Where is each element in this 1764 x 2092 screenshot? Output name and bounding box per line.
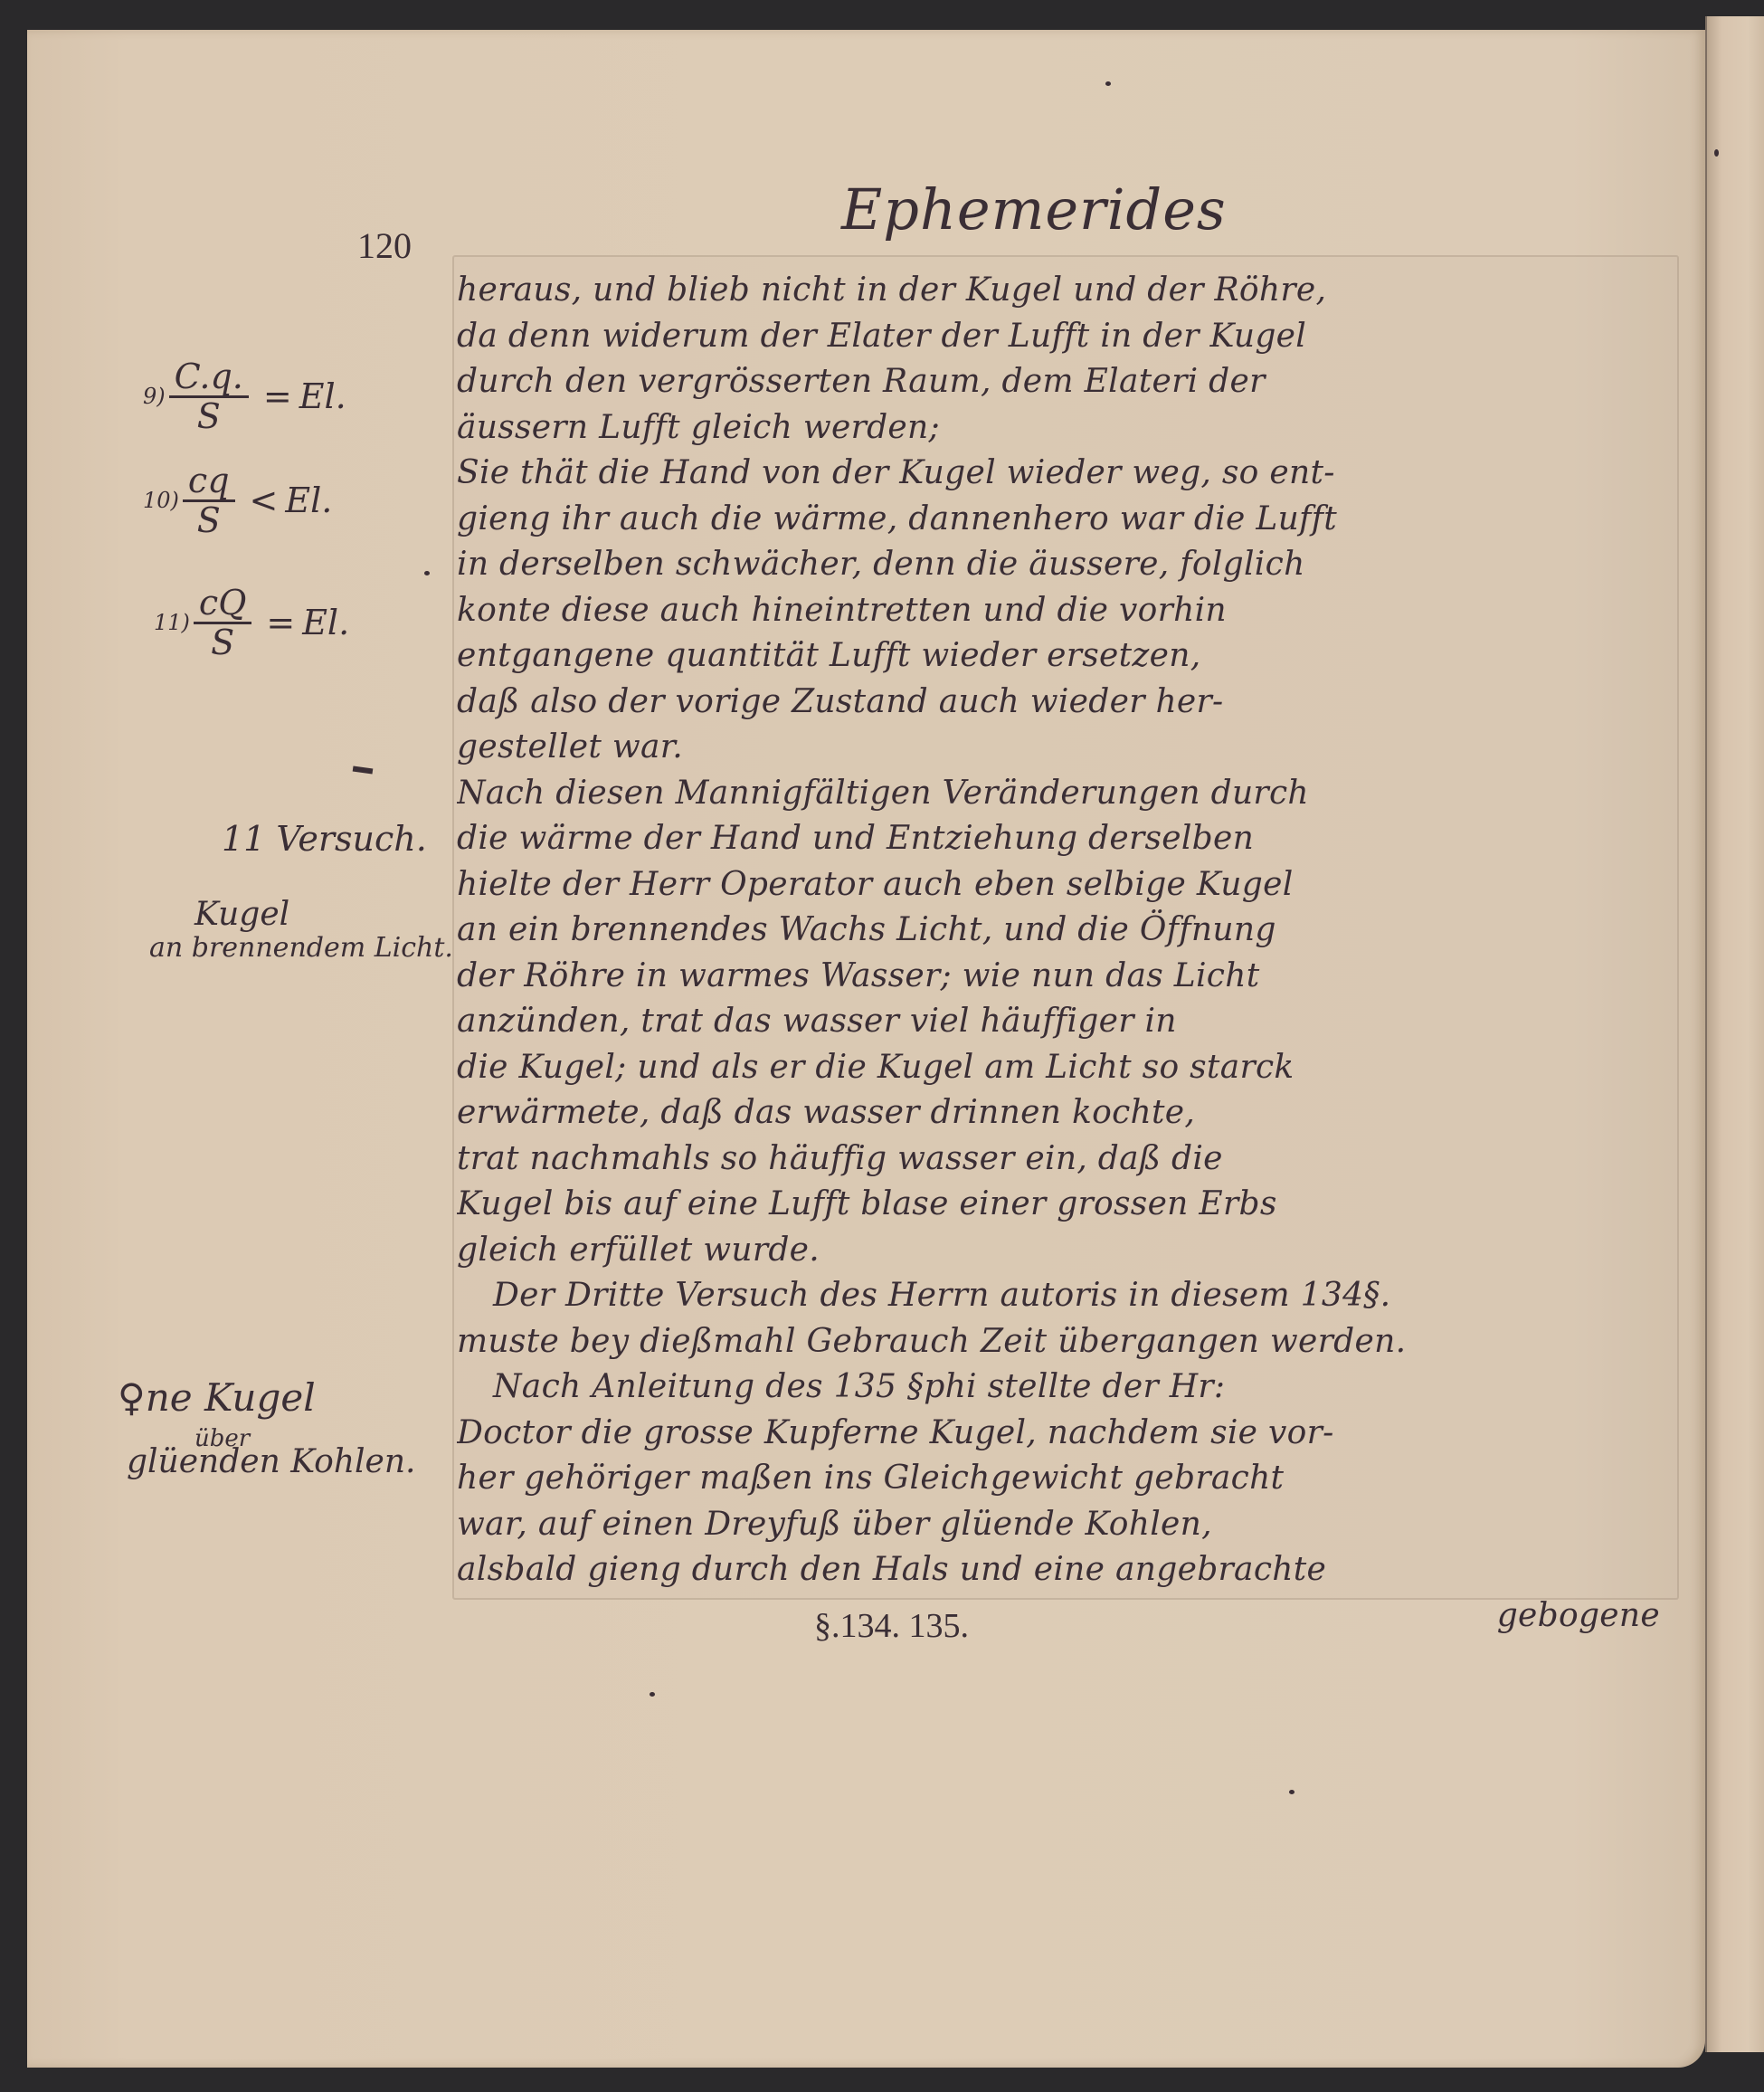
running-title: Ephemerides: [841, 176, 1227, 242]
text-line: erwärmete, daß das wasser drinnen kochte…: [457, 1090, 1669, 1136]
venus-copper-symbol-icon: ♀: [118, 1375, 146, 1420]
margin-formula-9: 9) C.q. S = El.: [143, 357, 346, 434]
fraction: cq S: [183, 461, 235, 538]
text-line: muste bey dießmahl Gebrauch Zeit übergan…: [457, 1319, 1669, 1365]
text-line: entgangene quantität Lufft wieder ersetz…: [457, 633, 1669, 680]
text-line: hielte der Herr Operator auch eben selbi…: [457, 862, 1669, 908]
ink-spot: [650, 1692, 655, 1697]
relation: =: [263, 376, 292, 416]
text-line: gestellet war.: [457, 725, 1669, 771]
margin-note-kohlen: glüenden Kohlen.: [127, 1443, 415, 1480]
margin-note-copper: ♀ne Kugel: [118, 1375, 316, 1420]
relation: <: [250, 480, 279, 520]
adjacent-page-edge: [1705, 16, 1764, 2052]
text-line: Doctor die grosse Kupferne Kugel, nachde…: [457, 1411, 1669, 1457]
formula-index: 9): [143, 384, 166, 409]
section-reference: §.134. 135.: [814, 1606, 969, 1646]
text-line: da denn widerum der Elater der Lufft in …: [457, 314, 1669, 360]
fraction: cQ S: [194, 584, 251, 661]
text-line: gleich erfüllet wurde.: [457, 1228, 1669, 1274]
denominator: S: [197, 502, 221, 538]
text-line: heraus, und blieb nicht in der Kugel und…: [457, 268, 1669, 314]
text-line: an ein brennendes Wachs Licht, und die Ö…: [457, 908, 1669, 954]
text-line: Der Dritte Versuch des Herrn autoris in …: [457, 1273, 1669, 1319]
catchword: gebogene: [457, 1593, 1669, 1640]
relation: =: [266, 603, 295, 642]
formula-rhs: El.: [285, 480, 332, 520]
margin-note-text: ne Kugel: [146, 1375, 316, 1420]
text-line: gieng ihr auch die wärme, dannenhero war…: [457, 497, 1669, 543]
margin-formula-11: 11) cQ S = El.: [154, 584, 349, 661]
denominator: S: [211, 624, 234, 661]
margin-note-versuch: 11 Versuch.: [222, 819, 427, 859]
margin-note-licht: an brennendem Licht.: [149, 932, 453, 964]
ink-spot: [1289, 1790, 1295, 1794]
text-line: die wärme der Hand und Entziehung dersel…: [457, 816, 1669, 862]
text-line: der Röhre in warmes Wasser; wie nun das …: [457, 954, 1669, 1000]
text-line: anzünden, trat das wasser viel häuffiger…: [457, 999, 1669, 1045]
page-number: 120: [357, 224, 412, 267]
numerator: cq: [183, 461, 235, 502]
text-line: alsbald gieng durch den Hals und eine an…: [457, 1547, 1669, 1593]
text-line: Sie thät die Hand von der Kugel wieder w…: [457, 451, 1669, 497]
main-text: heraus, und blieb nicht in der Kugel und…: [457, 268, 1669, 1639]
numerator: cQ: [194, 584, 251, 624]
text-line: her gehöriger maßen ins Gleichgewicht ge…: [457, 1456, 1669, 1502]
text-line: äussern Lufft gleich werden;: [457, 405, 1669, 452]
text-line: Nach diesen Mannigfältigen Veränderungen…: [457, 771, 1669, 817]
numerator: C.q.: [169, 357, 249, 398]
text-line: Kugel bis auf eine Lufft blase einer gro…: [457, 1182, 1669, 1228]
text-line: in derselben schwächer, denn die äussere…: [457, 542, 1669, 588]
denominator: S: [197, 398, 221, 434]
text-line: durch den vergrösserten Raum, dem Elater…: [457, 359, 1669, 405]
text-line: Nach Anleitung des 135 §phi stellte der …: [457, 1365, 1669, 1411]
fraction: C.q. S: [169, 357, 249, 434]
text-line: konte diese auch hineintretten und die v…: [457, 588, 1669, 634]
text-line: war, auf einen Dreyfuß über glüende Kohl…: [457, 1502, 1669, 1548]
formula-rhs: El.: [299, 376, 346, 416]
text-line: die Kugel; und als er die Kugel am Licht…: [457, 1045, 1669, 1091]
formula-index: 11): [154, 610, 190, 635]
text-line: daß also der vorige Zustand auch wieder …: [457, 680, 1669, 726]
ink-spot: [1714, 149, 1719, 157]
margin-note-kugel: Kugel: [194, 896, 289, 933]
formula-rhs: El.: [302, 603, 349, 642]
margin-formula-10: 10) cq S < El.: [143, 461, 332, 538]
formula-index: 10): [143, 488, 179, 513]
text-line: trat nachmahls so häuffig wasser ein, da…: [457, 1136, 1669, 1183]
ink-spot: [1105, 81, 1111, 86]
ink-spot: [424, 571, 430, 575]
